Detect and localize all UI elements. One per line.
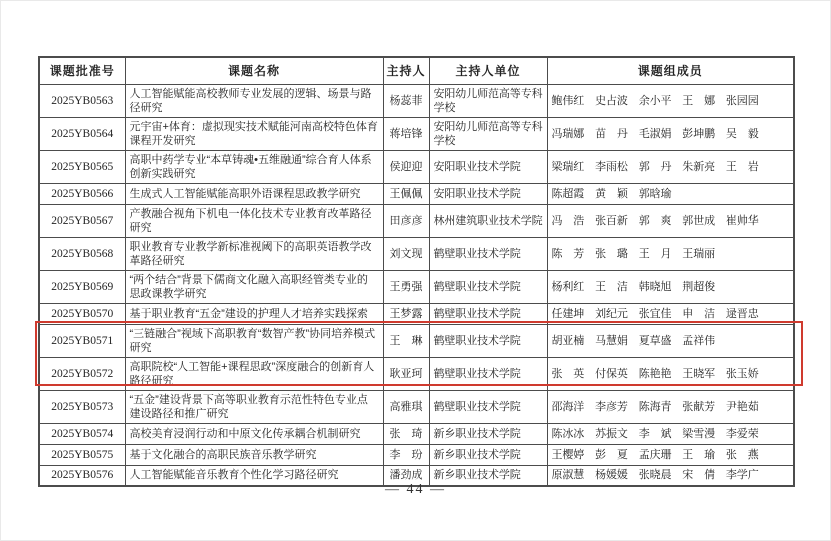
cell-approval-no: 2025YB0567 bbox=[39, 204, 125, 237]
cell-pi-unit: 新乡职业技术学院 bbox=[429, 423, 547, 444]
approval-table: 课题批准号 课题名称 主持人 主持人单位 课题组成员 2025YB0563人工智… bbox=[38, 56, 795, 487]
cell-title: 元宇宙+体育：虚拟现实技术赋能河南高校特色体育课程开发研究 bbox=[125, 117, 383, 150]
cell-title: 基于职业教育“五金”建设的护理人才培养实践探索 bbox=[125, 303, 383, 324]
cell-approval-no: 2025YB0569 bbox=[39, 270, 125, 303]
cell-pi: 高雅琪 bbox=[383, 390, 429, 423]
table-header-row: 课题批准号 课题名称 主持人 主持人单位 课题组成员 bbox=[39, 57, 794, 84]
table-row: 2025YB0569“两个结合”背景下儒商文化融入高职经管类专业的思政课教学研究… bbox=[39, 270, 794, 303]
cell-pi: 蒋培锋 bbox=[383, 117, 429, 150]
cell-pi: 王梦露 bbox=[383, 303, 429, 324]
cell-pi-unit: 鹤壁职业技术学院 bbox=[429, 237, 547, 270]
table-row: 2025YB0574高校美育浸润行动和中原文化传承耦合机制研究张 琦新乡职业技术… bbox=[39, 423, 794, 444]
cell-members: 梁瑞红 李雨松 郭 丹 朱新亮 王 岩 bbox=[547, 150, 794, 183]
cell-members: 任建坤 刘纪元 张宜佳 申 洁 逯晋忠 bbox=[547, 303, 794, 324]
cell-members: 陈 芳 张 璐 王 月 王瑞丽 bbox=[547, 237, 794, 270]
cell-title: “三链融合”视域下高职教育“数智产教”协同培养模式研究 bbox=[125, 324, 383, 357]
cell-pi-unit: 安阳职业技术学院 bbox=[429, 150, 547, 183]
cell-pi-unit: 林州建筑职业技术学院 bbox=[429, 204, 547, 237]
cell-pi-unit: 鹤壁职业技术学院 bbox=[429, 357, 547, 390]
table-row: 2025YB0575基于文化融合的高职民族音乐教学研究李 玢新乡职业技术学院王樱… bbox=[39, 444, 794, 465]
cell-pi-unit: 安阳幼儿师范高等专科学校 bbox=[429, 117, 547, 150]
cell-approval-no: 2025YB0568 bbox=[39, 237, 125, 270]
cell-title: 产教融合视角下机电一体化技术专业教育改革路径研究 bbox=[125, 204, 383, 237]
table-row: 2025YB0568职业教育专业教学新标准视阈下的高职英语教学改革路径研究刘文现… bbox=[39, 237, 794, 270]
cell-pi-unit: 鹤壁职业技术学院 bbox=[429, 324, 547, 357]
cell-approval-no: 2025YB0566 bbox=[39, 183, 125, 204]
cell-members: 陈冰冰 苏振文 李 斌 梁雪漫 李爱荣 bbox=[547, 423, 794, 444]
table-row: 2025YB0566生成式人工智能赋能高职外语课程思政教学研究王佩佩安阳职业技术… bbox=[39, 183, 794, 204]
table-wrap: 课题批准号 课题名称 主持人 主持人单位 课题组成员 2025YB0563人工智… bbox=[38, 56, 795, 487]
cell-pi: 刘文现 bbox=[383, 237, 429, 270]
cell-pi-unit: 新乡职业技术学院 bbox=[429, 444, 547, 465]
cell-approval-no: 2025YB0572 bbox=[39, 357, 125, 390]
cell-members: 冯瑞娜 苗 丹 毛淑娟 彭坤鹏 吴 毅 bbox=[547, 117, 794, 150]
cell-approval-no: 2025YB0575 bbox=[39, 444, 125, 465]
cell-approval-no: 2025YB0574 bbox=[39, 423, 125, 444]
header-cell-title: 课题名称 bbox=[125, 57, 383, 84]
cell-title: 生成式人工智能赋能高职外语课程思政教学研究 bbox=[125, 183, 383, 204]
header-cell-members: 课题组成员 bbox=[547, 57, 794, 84]
cell-approval-no: 2025YB0570 bbox=[39, 303, 125, 324]
cell-members: 杨利红 王 洁 韩晓旭 荆超俊 bbox=[547, 270, 794, 303]
table-row: 2025YB0564元宇宙+体育：虚拟现实技术赋能河南高校特色体育课程开发研究蒋… bbox=[39, 117, 794, 150]
cell-pi: 李 玢 bbox=[383, 444, 429, 465]
cell-approval-no: 2025YB0563 bbox=[39, 84, 125, 117]
cell-title: 基于文化融合的高职民族音乐教学研究 bbox=[125, 444, 383, 465]
table-row: 2025YB0567产教融合视角下机电一体化技术专业教育改革路径研究田彦彦林州建… bbox=[39, 204, 794, 237]
cell-pi-unit: 鹤壁职业技术学院 bbox=[429, 390, 547, 423]
table-row: 2025YB0573“五金”建设背景下高等职业教育示范性特色专业点建设路径和推广… bbox=[39, 390, 794, 423]
table-row: 2025YB0571“三链融合”视域下高职教育“数智产教”协同培养模式研究王 琳… bbox=[39, 324, 794, 357]
cell-pi: 侯迎迎 bbox=[383, 150, 429, 183]
header-cell-approval-no: 课题批准号 bbox=[39, 57, 125, 84]
table-row: 2025YB0570基于职业教育“五金”建设的护理人才培养实践探索王梦露鹤壁职业… bbox=[39, 303, 794, 324]
cell-pi: 田彦彦 bbox=[383, 204, 429, 237]
cell-title: “五金”建设背景下高等职业教育示范性特色专业点建设路径和推广研究 bbox=[125, 390, 383, 423]
cell-approval-no: 2025YB0571 bbox=[39, 324, 125, 357]
cell-approval-no: 2025YB0564 bbox=[39, 117, 125, 150]
cell-title: 人工智能赋能高校教师专业发展的逻辑、场景与路径研究 bbox=[125, 84, 383, 117]
cell-title: 高校美育浸润行动和中原文化传承耦合机制研究 bbox=[125, 423, 383, 444]
cell-pi-unit: 安阳职业技术学院 bbox=[429, 183, 547, 204]
table-row: 2025YB0572高职院校“人工智能+课程思政”深度融合的创新育人路径研究耿亚… bbox=[39, 357, 794, 390]
cell-members: 鲍伟红 史占波 余小平 王 娜 张园园 bbox=[547, 84, 794, 117]
cell-title: 高职中药学专业“本草铸魂•五维融通”综合育人体系创新实践研究 bbox=[125, 150, 383, 183]
header-cell-pi: 主持人 bbox=[383, 57, 429, 84]
cell-pi: 王佩佩 bbox=[383, 183, 429, 204]
cell-members: 王樱婷 彭 夏 孟庆珊 王 瑜 张 燕 bbox=[547, 444, 794, 465]
cell-approval-no: 2025YB0573 bbox=[39, 390, 125, 423]
cell-title: 职业教育专业教学新标准视阈下的高职英语教学改革路径研究 bbox=[125, 237, 383, 270]
table-body: 2025YB0563人工智能赋能高校教师专业发展的逻辑、场景与路径研究杨蕊菲安阳… bbox=[39, 84, 794, 486]
cell-pi-unit: 鹤壁职业技术学院 bbox=[429, 270, 547, 303]
page-number: — 44 — bbox=[1, 482, 830, 498]
cell-pi-unit: 安阳幼儿师范高等专科学校 bbox=[429, 84, 547, 117]
cell-title: “两个结合”背景下儒商文化融入高职经管类专业的思政课教学研究 bbox=[125, 270, 383, 303]
cell-pi: 王勇强 bbox=[383, 270, 429, 303]
cell-members: 陈超霞 黄 颖 郭晗瑜 bbox=[547, 183, 794, 204]
cell-pi-unit: 鹤壁职业技术学院 bbox=[429, 303, 547, 324]
cell-members: 张 英 付保英 陈艳艳 王晓军 张玉娇 bbox=[547, 357, 794, 390]
cell-pi: 耿亚珂 bbox=[383, 357, 429, 390]
cell-members: 胡亚楠 马慧娟 夏草盛 孟祥伟 bbox=[547, 324, 794, 357]
cell-title: 高职院校“人工智能+课程思政”深度融合的创新育人路径研究 bbox=[125, 357, 383, 390]
page: 课题批准号 课题名称 主持人 主持人单位 课题组成员 2025YB0563人工智… bbox=[0, 0, 831, 541]
header-cell-pi-unit: 主持人单位 bbox=[429, 57, 547, 84]
cell-members: 邵海洋 李彦芳 陈海青 张献芳 尹艳茹 bbox=[547, 390, 794, 423]
cell-members: 冯 浩 张百新 郭 爽 郭世成 崔帅华 bbox=[547, 204, 794, 237]
cell-approval-no: 2025YB0565 bbox=[39, 150, 125, 183]
cell-pi: 王 琳 bbox=[383, 324, 429, 357]
table-row: 2025YB0563人工智能赋能高校教师专业发展的逻辑、场景与路径研究杨蕊菲安阳… bbox=[39, 84, 794, 117]
cell-pi: 张 琦 bbox=[383, 423, 429, 444]
table-row: 2025YB0565高职中药学专业“本草铸魂•五维融通”综合育人体系创新实践研究… bbox=[39, 150, 794, 183]
cell-pi: 杨蕊菲 bbox=[383, 84, 429, 117]
